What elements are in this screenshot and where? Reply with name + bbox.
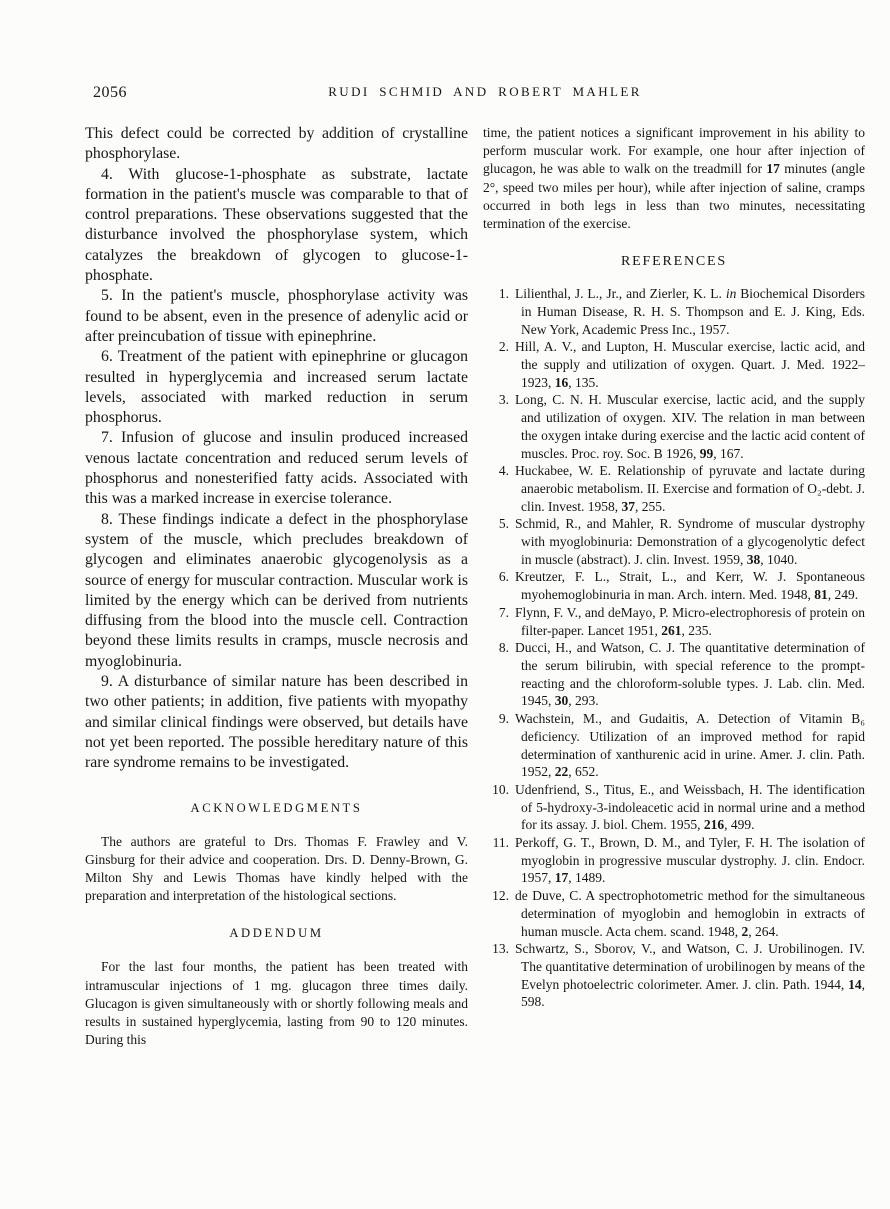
summary-paragraph: 4. With glucose-1-phosphate as substrate…	[85, 165, 468, 287]
text-run: Lilienthal, J. L., Jr., and Zierler, K. …	[515, 286, 726, 301]
text-run: , 1489.	[568, 870, 605, 885]
reference-item: 11.Perkoff, G. T., Brown, D. M., and Tyl…	[483, 834, 865, 887]
text-run: Huckabee, W. E. Relationship of pyruvate…	[515, 463, 865, 513]
acknowledgments-body: The authors are grateful to Drs. Thomas …	[85, 833, 468, 906]
summary-paragraphs: This defect could be corrected by additi…	[85, 124, 468, 774]
reference-item: 6.Kreutzer, F. L., Strait, L., and Kerr,…	[483, 568, 865, 603]
volume-number: 81	[814, 587, 828, 602]
volume-number: 37	[622, 499, 636, 514]
page-header: 2056 RUDI SCHMID AND ROBERT MAHLER	[85, 84, 865, 102]
right-column: time, the patient notices a significant …	[483, 124, 865, 1049]
volume-number: 16	[555, 375, 569, 390]
text-run: Kreutzer, F. L., Strait, L., and Kerr, W…	[515, 569, 865, 602]
italic-text: in	[726, 286, 737, 301]
text-run: Udenfriend, S., Titus, E., and Weissbach…	[515, 782, 865, 832]
reference-item: 3.Long, C. N. H. Muscular exercise, lact…	[483, 391, 865, 462]
running-head: RUDI SCHMID AND ROBERT MAHLER	[85, 84, 865, 100]
volume-number: 261	[661, 623, 681, 638]
reference-item: 5.Schmid, R., and Mahler, R. Syndrome of…	[483, 515, 865, 568]
addendum-continuation: time, the patient notices a significant …	[483, 124, 865, 233]
reference-number: 9.	[483, 710, 509, 728]
summary-paragraph: This defect could be corrected by additi…	[85, 124, 468, 165]
text-run: de Duve, C. A spectrophotometric method …	[515, 888, 865, 938]
summary-paragraph: 5. In the patient's muscle, phosphorylas…	[85, 286, 468, 347]
text-run: , 249.	[828, 587, 858, 602]
summary-paragraph: 9. A disturbance of similar nature has b…	[85, 672, 468, 773]
page-number: 2056	[93, 84, 127, 102]
reference-number: 12.	[483, 887, 509, 905]
volume-number: 17	[555, 870, 569, 885]
text-run: , 135.	[568, 375, 598, 390]
volume-number: 17	[766, 161, 780, 176]
text-run: , 1040.	[760, 552, 797, 567]
reference-item: 9.Wachstein, M., and Gudaitis, A. Detect…	[483, 710, 865, 781]
references-heading: REFERENCES	[483, 254, 865, 270]
summary-paragraph: 8. These findings indicate a defect in t…	[85, 510, 468, 672]
addendum-heading: ADDENDUM	[85, 926, 468, 941]
reference-item: 10.Udenfriend, S., Titus, E., and Weissb…	[483, 781, 865, 834]
reference-number: 3.	[483, 391, 509, 409]
reference-item: 7.Flynn, F. V., and deMayo, P. Micro-ele…	[483, 604, 865, 639]
text-run: , 293.	[568, 693, 598, 708]
volume-number: 22	[555, 764, 569, 779]
addendum-body: For the last four months, the patient ha…	[85, 958, 468, 1049]
reference-item: 2.Hill, A. V., and Lupton, H. Muscular e…	[483, 338, 865, 391]
reference-item: 12.de Duve, C. A spectrophotometric meth…	[483, 887, 865, 940]
reference-item: 1.Lilienthal, J. L., Jr., and Zierler, K…	[483, 285, 865, 338]
text-run: , 255.	[635, 499, 665, 514]
reference-number: 11.	[483, 834, 509, 852]
reference-number: 10.	[483, 781, 509, 799]
reference-number: 13.	[483, 940, 509, 958]
reference-number: 4.	[483, 462, 509, 480]
volume-number: 216	[704, 817, 724, 832]
reference-number: 1.	[483, 285, 509, 303]
volume-number: 99	[700, 446, 714, 461]
text-run: , 499.	[724, 817, 754, 832]
volume-number: 30	[555, 693, 569, 708]
summary-paragraph: 7. Infusion of glucose and insulin produ…	[85, 428, 468, 509]
text-run: , 167.	[713, 446, 743, 461]
reference-number: 7.	[483, 604, 509, 622]
reference-item: 8.Ducci, H., and Watson, C. J. The quant…	[483, 639, 865, 710]
text-run: , 235.	[682, 623, 712, 638]
text-run: Schwartz, S., Sborov, V., and Watson, C.…	[515, 941, 865, 991]
journal-page: 2056 RUDI SCHMID AND ROBERT MAHLER This …	[0, 0, 890, 1209]
two-column-layout: This defect could be corrected by additi…	[85, 124, 865, 1049]
summary-paragraph: 6. Treatment of the patient with epineph…	[85, 347, 468, 428]
reference-number: 5.	[483, 515, 509, 533]
text-run: , 264.	[748, 924, 778, 939]
acknowledgments-heading: ACKNOWLEDGMENTS	[85, 801, 468, 816]
reference-item: 4.Huckabee, W. E. Relationship of pyruva…	[483, 462, 865, 515]
left-column: This defect could be corrected by additi…	[85, 124, 468, 1049]
reference-number: 2.	[483, 338, 509, 356]
text-run: Schmid, R., and Mahler, R. Syndrome of m…	[515, 516, 865, 566]
volume-number: 14	[848, 977, 862, 992]
reference-item: 13.Schwartz, S., Sborov, V., and Watson,…	[483, 940, 865, 1011]
reference-number: 6.	[483, 568, 509, 586]
volume-number: 38	[747, 552, 761, 567]
text-run: , 652.	[568, 764, 598, 779]
reference-list: 1.Lilienthal, J. L., Jr., and Zierler, K…	[483, 285, 865, 1011]
text-run: Long, C. N. H. Muscular exercise, lactic…	[515, 392, 865, 460]
reference-number: 8.	[483, 639, 509, 657]
